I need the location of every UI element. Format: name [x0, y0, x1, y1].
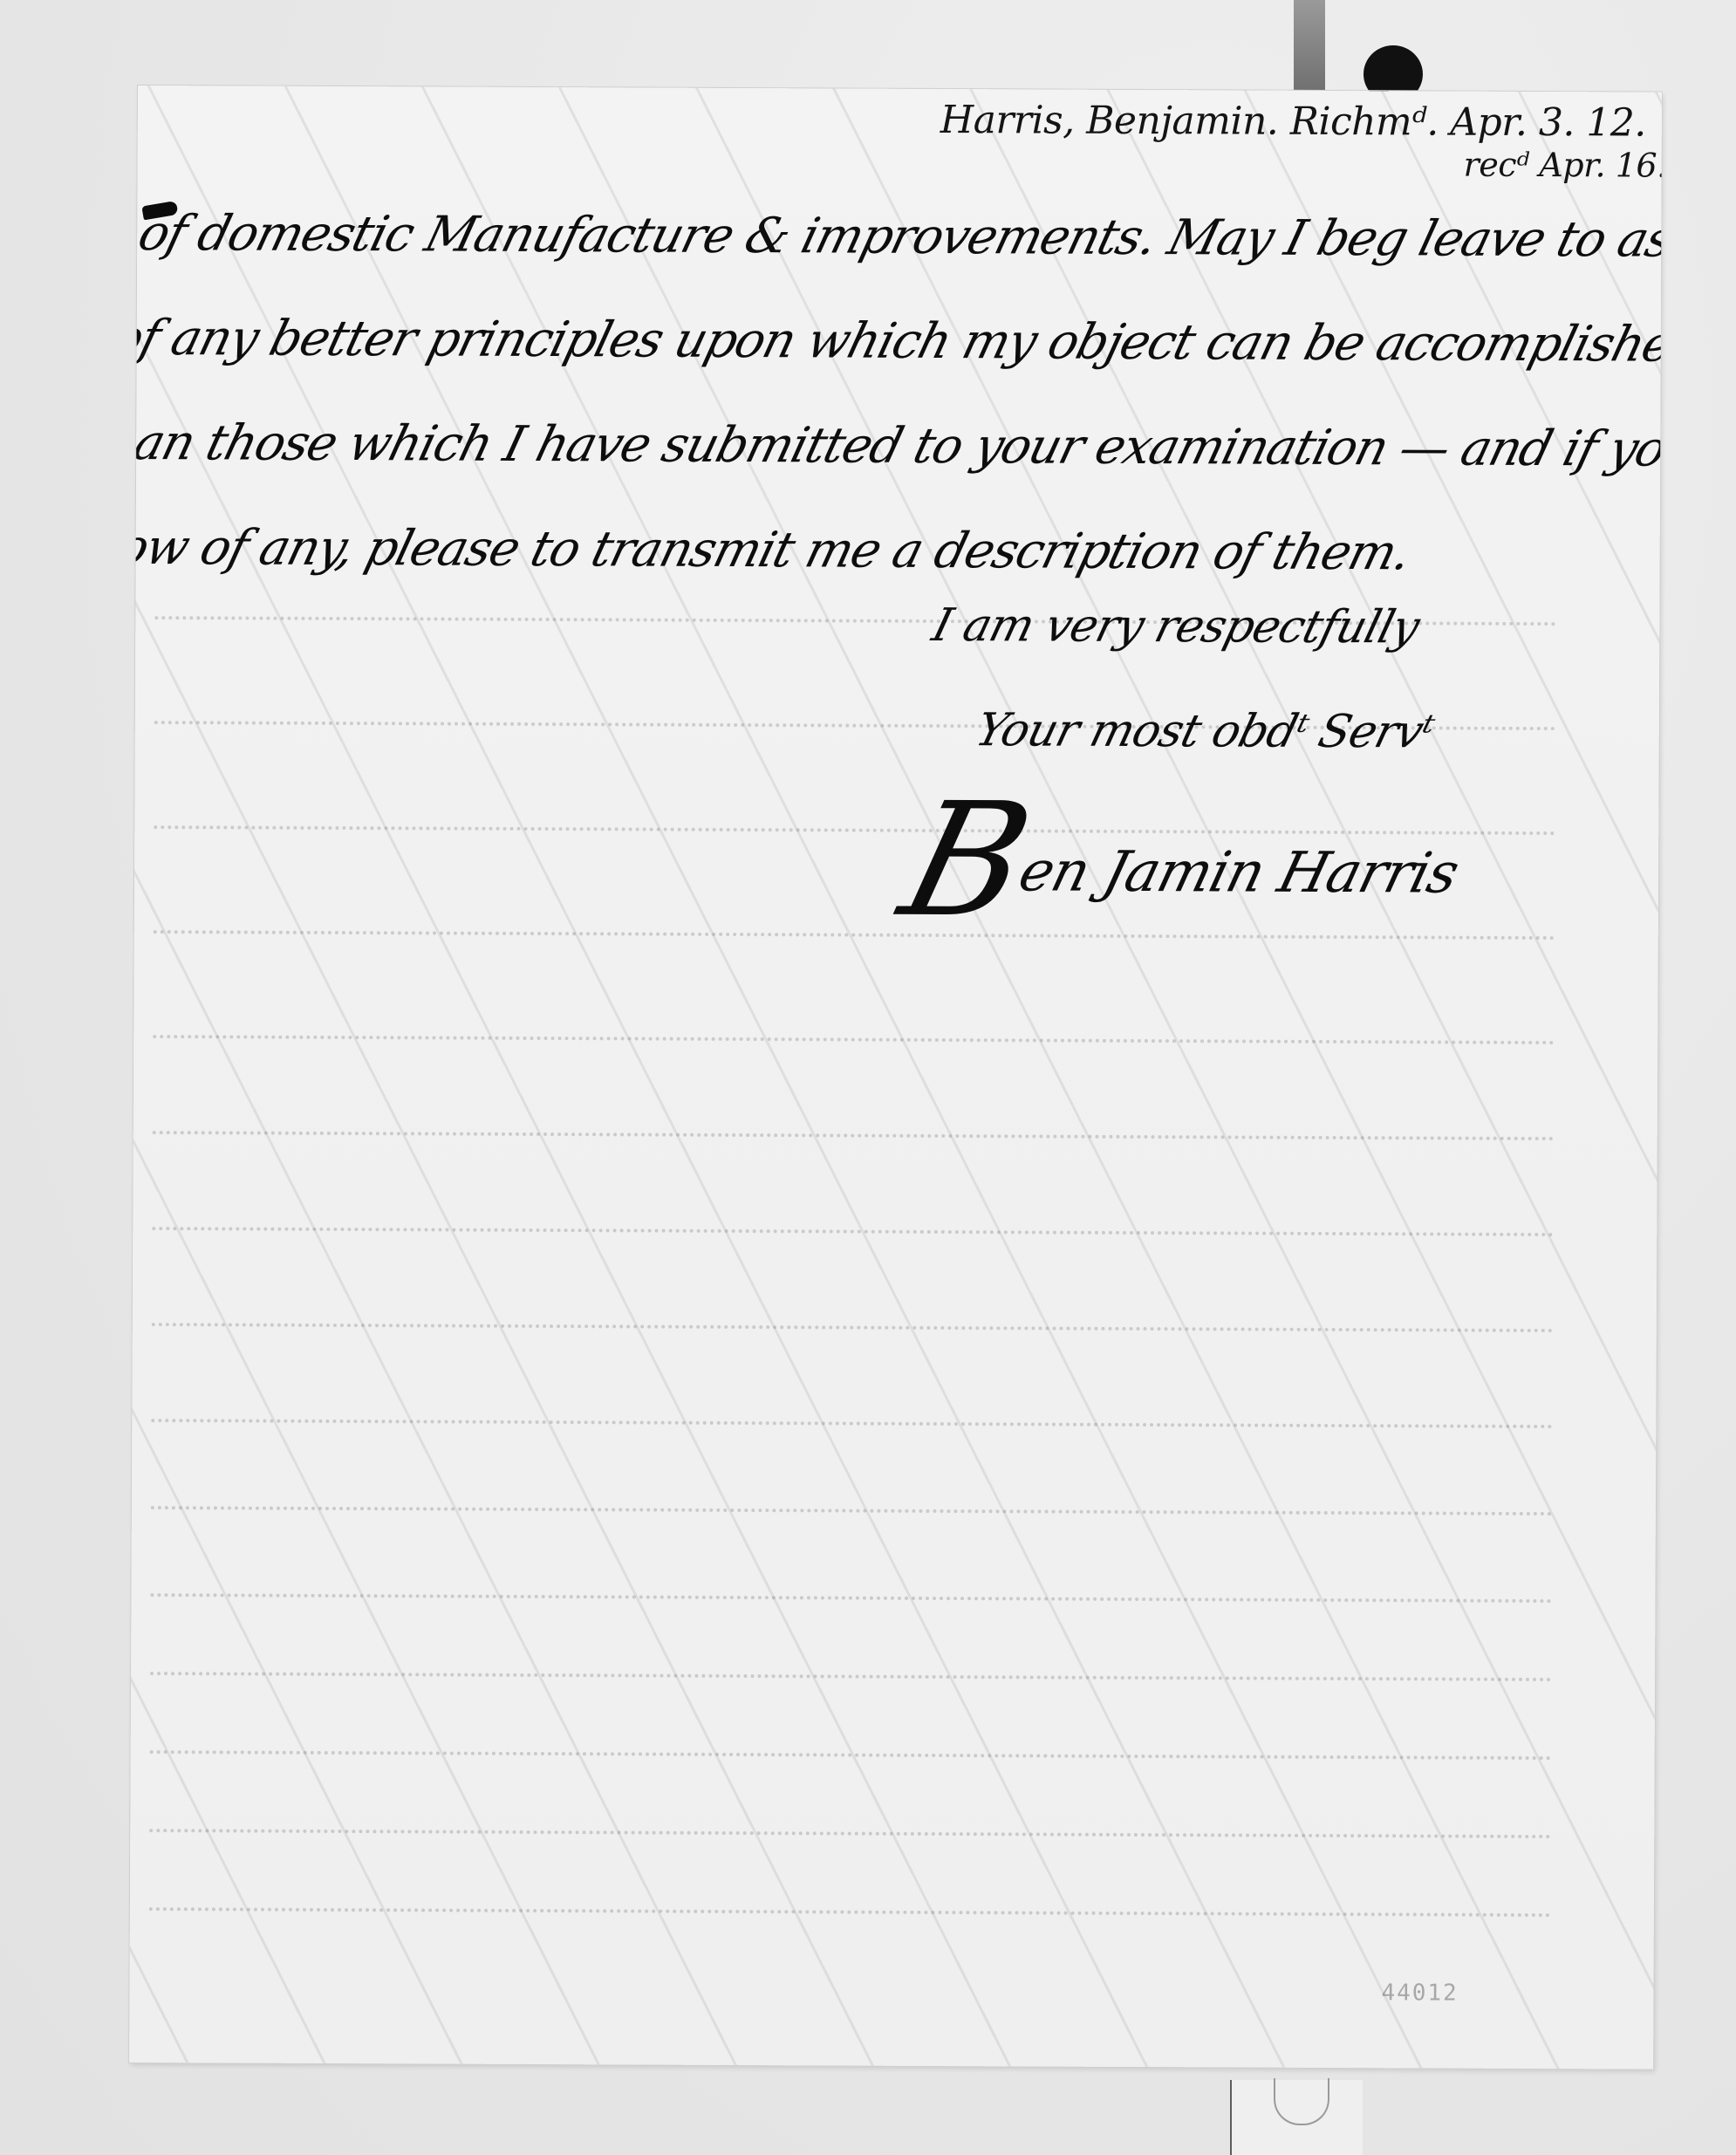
closing-valediction: Your most obdᵗ Servᵗ	[964, 678, 1506, 784]
docket-note: Harris, Benjamin. Richmᵈ. Apr. 3. 12. re…	[940, 98, 1646, 146]
binder-clip-strip	[1294, 0, 1325, 98]
body-line: of any better principles upon which my o…	[129, 286, 1610, 397]
letter-body: of domestic Manufacture & improvements. …	[129, 181, 1636, 606]
letter-closing: I am very respectfully Your most obdᵗ Se…	[854, 573, 1532, 941]
signature: Ben Jamin Harris	[889, 783, 1479, 942]
body-line: of domestic Manufacture & improvements. …	[129, 181, 1636, 292]
closing-salutation: I am very respectfully	[920, 573, 1532, 681]
body-line: than those which I have submitted to you…	[129, 391, 1583, 502]
letter-page: Harris, Benjamin. Richmᵈ. Apr. 3. 12. re…	[129, 86, 1662, 2069]
folder-tab	[1230, 2080, 1363, 2155]
received-date: recᵈ Apr. 16.	[1464, 146, 1662, 185]
archive-stamp-number: 44012	[1381, 1980, 1458, 2006]
docket-text: Harris, Benjamin. Richmᵈ. Apr. 3. 12.	[940, 98, 1646, 146]
binder-ring-icon	[1274, 2078, 1329, 2125]
signature-name: en Jamin Harris	[1013, 839, 1465, 906]
